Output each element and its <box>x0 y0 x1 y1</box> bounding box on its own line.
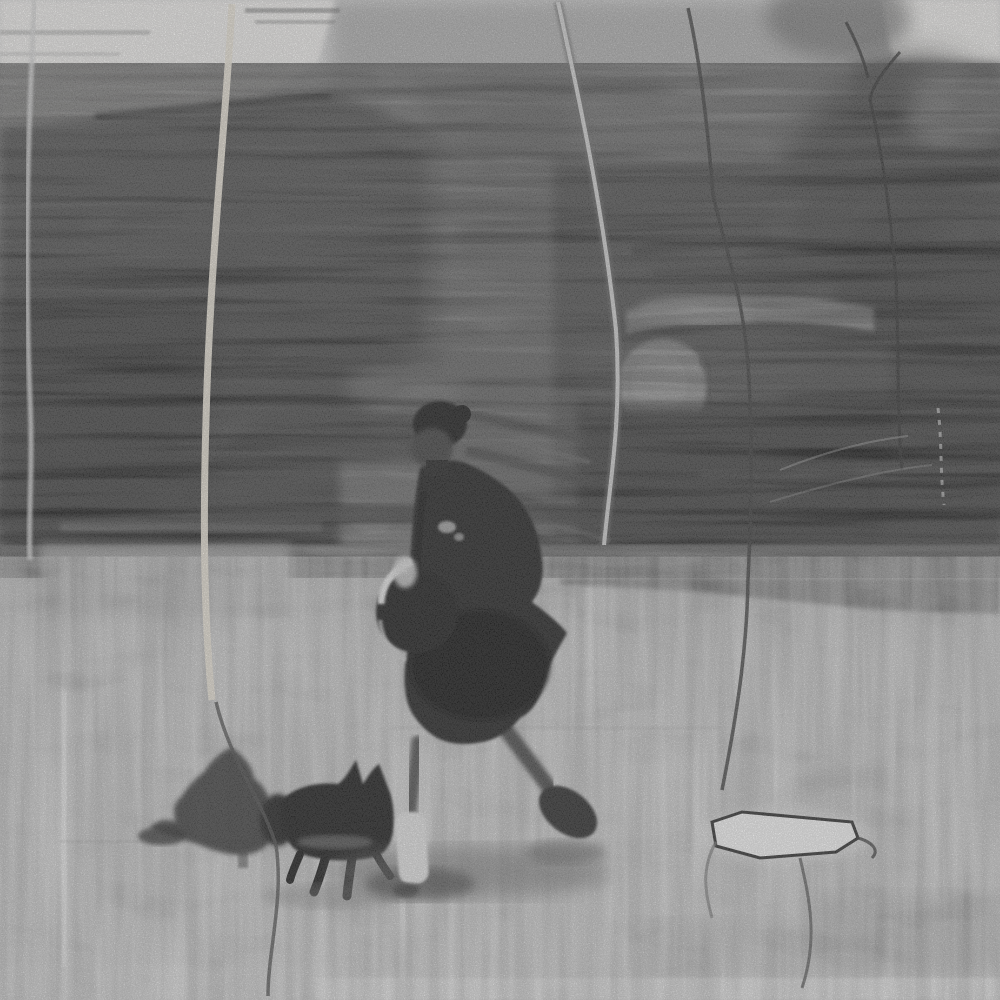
street-photo-illustration <box>0 0 1000 1000</box>
film-grain-light <box>0 0 1000 1000</box>
photo-canvas <box>0 0 1000 1000</box>
